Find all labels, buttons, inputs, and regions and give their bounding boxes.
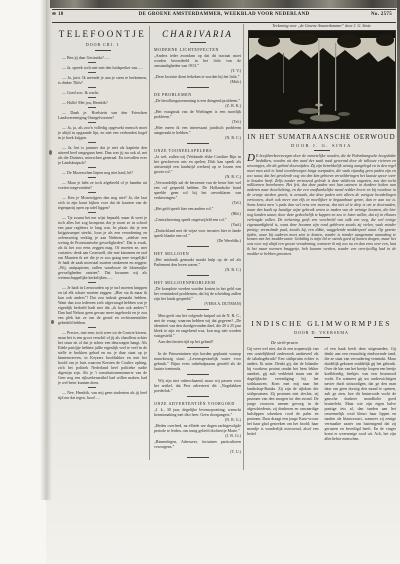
quote-source: (Z. R. K.) bbox=[154, 103, 241, 108]
column-divider bbox=[243, 24, 244, 470]
paragraph-divider bbox=[88, 177, 96, 178]
section-rule bbox=[187, 87, 209, 88]
section-rule bbox=[187, 347, 209, 348]
section-rule bbox=[187, 143, 209, 144]
telefoontje-byline: DOOR CRI. I bbox=[58, 42, 147, 47]
charivaria-section-header: MODERNE LICHTEFFECTEN bbox=[154, 47, 241, 52]
quote-text: „Hier meen ik een interessant juridisch … bbox=[154, 125, 241, 135]
charivaria-paragraph: Wij zijn niet onbeschaamd, maar wij pass… bbox=[154, 378, 241, 393]
charivaria-paragraph: Aan den besten tijd op het geland? bbox=[154, 339, 241, 344]
byline-rule bbox=[314, 337, 330, 338]
charivaria-quote: „Het geld speelt hier een andere rol.”(H… bbox=[154, 206, 241, 216]
charivaria-quote: „Hier meen ik een interessant juridisch … bbox=[154, 125, 241, 140]
quote-source: (T. U.) bbox=[154, 449, 241, 454]
quote-source: (De Wereldkr.) bbox=[154, 238, 241, 243]
byline-rule bbox=[95, 50, 111, 51]
quote-source: (N. R. C.) bbox=[154, 267, 241, 272]
dialogue-paragraph: — Ja, spreek toch niet met den luidsprek… bbox=[58, 65, 147, 70]
quote-text: „De komplote werden worden kosten in het… bbox=[154, 286, 241, 301]
charivaria-quote: „Het vraagstuk van de Wielingen is een m… bbox=[154, 109, 241, 124]
dialogue-paragraph: — Dank je. Hoelstein van den Frieschen L… bbox=[58, 110, 147, 120]
dialogue-paragraph: — Je hadt in Leeuwarden op je turf moete… bbox=[58, 285, 147, 325]
charivaria-section-header: ONZE TOONEELSPELERS bbox=[154, 148, 241, 153]
charivaria-section-header: HET MILLIOEN bbox=[154, 251, 241, 256]
section-rule bbox=[187, 275, 209, 276]
glimwormpjes-columns: Gij weet wel niet, dat ik een tropenwijk… bbox=[247, 346, 396, 458]
quote-source: (Msb.) bbox=[154, 79, 241, 84]
dialogue-paragraph: — De Mozesschen liepen nog niet hard, hè… bbox=[58, 170, 147, 175]
telefoontje-title: TELEFOONTJE bbox=[58, 29, 147, 39]
issue-number: No. 2575 bbox=[371, 12, 392, 17]
jungle-illustration-frame bbox=[248, 30, 396, 129]
oerwoud-title: IN HET SUMATRAANSCHE OERWOUD bbox=[247, 133, 396, 141]
quote-text: „Heden overleed, na elliede ure dagen za… bbox=[154, 423, 241, 433]
quote-text: „Het vraagstuk van de Wielingen is een m… bbox=[154, 109, 241, 119]
quote-text: „Ja wel, zullen wij (Verkande elske Caro… bbox=[154, 154, 241, 174]
newspaper-title: DE GROENE AMSTERDAMMER, WEEKBLAD VOOR NE… bbox=[54, 12, 394, 17]
dialogue-paragraph: — Goed zoo. Ik wacht. bbox=[58, 90, 147, 95]
scan-speck bbox=[51, 320, 54, 324]
dialogue-paragraph: — Tje zoumt het me wijst bepaald, maar i… bbox=[58, 215, 147, 280]
column-divider bbox=[149, 26, 150, 460]
quote-text: „Het misbruik gemaakt maakt hulp op de r… bbox=[154, 257, 241, 267]
paragraph-divider bbox=[88, 97, 96, 98]
charivaria-closing-paragraph: — Tenzij jij haag voor Kersten lamdat hi… bbox=[154, 461, 241, 462]
quote-source: (N. R. C.) bbox=[154, 174, 241, 179]
title-rule bbox=[190, 42, 206, 43]
quote-text: „Deze kwestie dient bekeken te worden bi… bbox=[154, 74, 239, 79]
glimwormpjes-subtitle: De sirih-pruim bbox=[247, 340, 322, 345]
quote-text: „Duitschland met de wijze voor invasies … bbox=[154, 228, 241, 238]
telefoontje-column: TELEFOONTJE DOOR CRI. I — Ben jij daar G… bbox=[58, 26, 147, 462]
charivaria-quote: „Deze kwestie dient bekeken te worden bi… bbox=[154, 74, 241, 84]
dialogue-paragraph: — Nee, Hendrik, van mij geen studenten a… bbox=[58, 390, 147, 400]
paragraph-divider bbox=[88, 72, 96, 73]
quote-source: (J. B. Ct.) bbox=[154, 433, 241, 438]
scan-edge-top bbox=[50, 0, 400, 8]
dialogue-paragraph: — Ja, juist. Ik meende je aan je stem te… bbox=[58, 75, 147, 85]
paragraph-divider bbox=[88, 107, 96, 108]
paragraph-divider bbox=[88, 62, 96, 63]
charivaria-quote: „J. k., 30 jaar, degelijke levensopvatti… bbox=[154, 407, 241, 422]
dialogue-paragraph: — Precies, niet eens toch weer tot de Co… bbox=[58, 330, 147, 385]
charivaria-quote: „Ja wel, zullen wij (Verkande elske Caro… bbox=[154, 154, 241, 179]
section-rule bbox=[187, 457, 209, 458]
section-rule bbox=[187, 374, 209, 375]
byline-rule bbox=[314, 150, 330, 151]
paragraph-divider bbox=[88, 192, 96, 193]
newspaper-scan: 18 DE GROENE AMSTERDAMMER, WEEKBLAD VOOR… bbox=[0, 0, 400, 564]
dialogue-paragraph: — Ken je Mozesrijgers dan nog niet? Ja, … bbox=[58, 195, 147, 210]
quote-text: „Binnenlegen, Adresseer, fortuinen parti… bbox=[154, 439, 241, 449]
paragraph-divider bbox=[88, 87, 96, 88]
illustration-caption: Teekening voor „de Groene Amsterdammer” … bbox=[247, 23, 396, 28]
glimwormpjes-column-left: Gij weet wel niet, dat ik een tropenwijk… bbox=[247, 346, 319, 458]
glimwormpjes-byline: DOOR D. VEERSEMA bbox=[247, 330, 396, 335]
paragraph-divider bbox=[88, 282, 96, 283]
charivaria-quote: „De bevolkingstoeneming is een dringend … bbox=[154, 98, 241, 108]
charivaria-quote: „Heden overleed, na elliede ure dagen za… bbox=[154, 423, 241, 438]
dialogue-paragraph: — Hallo! Met jou, Hendrik? bbox=[58, 100, 147, 105]
charivaria-section-header: HET MILLIOENPROBLEEM bbox=[154, 280, 241, 285]
oerwoud-body: DE hoofdverkeerswegen door de onmetelijk… bbox=[247, 154, 396, 314]
dialogue-paragraph: — Maar je hebt ze toch afgebeeld of je h… bbox=[58, 180, 147, 190]
quote-source: (Vad.) bbox=[154, 222, 241, 227]
charivaria-quote: „Duitschland met de wijze voor invasies … bbox=[154, 228, 241, 243]
quote-source: (VERA A. DUTMAN) bbox=[154, 301, 241, 306]
illustration-column: Teekening voor „de Groene Amsterdammer” … bbox=[247, 22, 396, 474]
page-edge-shadow bbox=[40, 0, 52, 500]
charivaria-paragraph: Men geeft ons het volgende knipsel uit d… bbox=[154, 313, 241, 338]
glimwormpjes-title: INDISCHE GLIMWORMPJES bbox=[247, 319, 396, 328]
charivaria-quote: „De komplote werden worden kosten in het… bbox=[154, 286, 241, 306]
charivaria-paragraph: In de Prinsentuinen zijn borden geplaats… bbox=[154, 351, 241, 371]
quote-text: „J. k., 30 jaar, degelijke levensopvatti… bbox=[154, 407, 241, 417]
charivaria-quote: „Verwondelijk zal de beroemte van de bes… bbox=[154, 180, 241, 205]
masthead: 18 DE GROENE AMSTERDAMMER, WEEKBLAD VOOR… bbox=[54, 10, 394, 21]
drop-cap: D bbox=[247, 154, 255, 163]
section-rule bbox=[187, 309, 209, 310]
charivaria-quote: „Het misbruik gemaakt maakt hulp op de r… bbox=[154, 257, 241, 272]
quote-text: „Het geld speelt hier een andere rol.” bbox=[154, 206, 213, 211]
section-rule bbox=[187, 246, 209, 247]
charivaria-title: CHARIVARIA bbox=[154, 29, 241, 39]
quote-source: (Tel.) bbox=[154, 119, 241, 124]
charivaria-section-header: DE PROBLEMEN bbox=[154, 92, 241, 97]
paragraph-divider bbox=[88, 167, 96, 168]
quote-source: (Tel.) bbox=[154, 200, 241, 205]
quote-source: (N. R. G.) bbox=[154, 417, 241, 422]
charivaria-quote: „Centraliseering speelt ongetwijfeld een… bbox=[154, 217, 241, 227]
dialogue-paragraph: — Ben jij daar Gertruida?...... bbox=[58, 55, 147, 60]
quote-text: „Anders ieder avondam op dat dit tractaa… bbox=[154, 53, 241, 68]
paragraph-divider bbox=[88, 327, 96, 328]
quote-text: „Verwondelijk zal de beroemte van de bes… bbox=[154, 180, 241, 200]
glimwormpjes-column-right: of een haak heeft deze uitgesneden. Gij … bbox=[325, 346, 397, 458]
paragraph-divider bbox=[88, 122, 96, 123]
oerwoud-body-text: E hoofdverkeerswegen door de onmetelijke… bbox=[247, 154, 396, 256]
section-rule bbox=[187, 396, 209, 397]
charivaria-column: CHARIVARIA MODERNE LICHTEFFECTEN „Anders… bbox=[154, 26, 241, 462]
quote-text: „Centraliseering speelt ongetwijfeld een… bbox=[154, 217, 227, 222]
charivaria-quote: „Binnenlegen, Adresseer, fortuinen parti… bbox=[154, 439, 241, 454]
paragraph-divider bbox=[88, 387, 96, 388]
scan-speck bbox=[49, 150, 52, 155]
quote-source: (T. V.) bbox=[154, 68, 241, 73]
quote-source: (N. R. C.) bbox=[154, 135, 241, 140]
jungle-illustration bbox=[249, 31, 395, 128]
charivaria-quote: „Anders ieder avondam op dat dit tractaa… bbox=[154, 53, 241, 73]
dialogue-paragraph: — Ja, het is jammer dat je niet als kapi… bbox=[58, 145, 147, 165]
charivaria-section-header: ONZE ADVERTENTIËN VOORGOED bbox=[154, 401, 241, 406]
oerwoud-byline: DOOR J. G. SINIA bbox=[247, 143, 396, 148]
paragraph-divider bbox=[88, 142, 96, 143]
quote-source: (Hbl.) bbox=[154, 211, 241, 216]
paragraph-divider bbox=[88, 212, 96, 213]
dialogue-paragraph: — Ja, ja, als zoo'n volledig opgewekt me… bbox=[58, 125, 147, 140]
